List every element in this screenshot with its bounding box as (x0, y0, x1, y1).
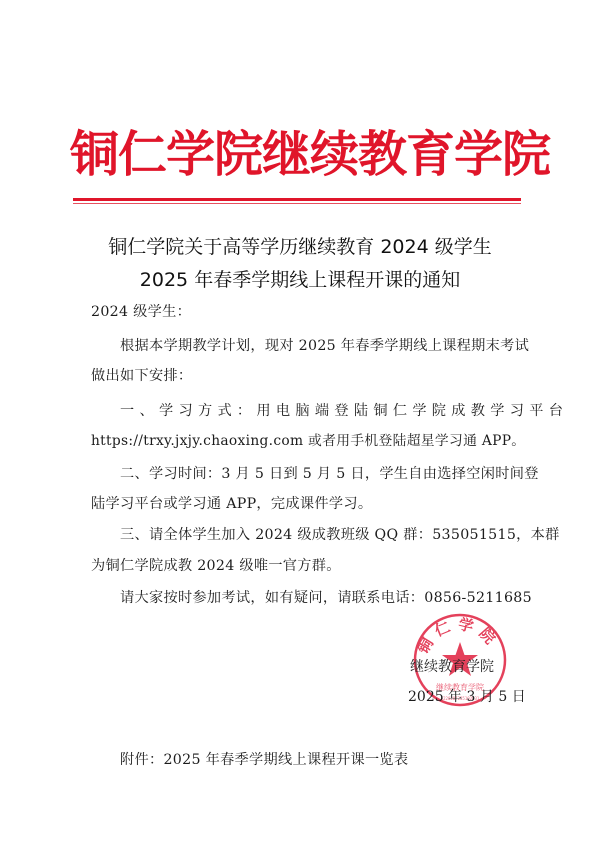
item1-line2: https://trxy.jxjy.chaoxing.com 或者用手机登陆超星… (91, 431, 525, 451)
item2-line2: 陆学习平台或学习通 APP，完成课件学习。 (91, 494, 372, 514)
item1-line1: 一、学习方式：用电脑端登陆铜仁学院成教学习平台 (120, 401, 568, 421)
issue-date: 2025 年 3 月 5 日 (408, 686, 526, 706)
salutation: 2024 级学生： (91, 302, 191, 322)
item3-line2: 为铜仁学院成教 2024 级唯一官方群。 (91, 556, 341, 576)
intro-line2: 做出如下安排： (91, 366, 192, 386)
contact-line: 请大家按时参加考试，如有疑问，请联系电话：0856-5211685 (120, 588, 532, 608)
issuer-name: 继续教育学院 (410, 656, 494, 676)
item2-line1: 二、学习时间：3 月 5 日到 5 月 5 日，学生自由选择空闲时间登 (120, 464, 539, 484)
letterhead-rule-thick (73, 198, 521, 201)
notice-title-line2: 2025 年春季学期线上课程开课的通知 (40, 265, 560, 292)
intro-line1: 根据本学期教学计划，现对 2025 年春季学期线上课程期末考试 (120, 336, 529, 356)
letterhead-title: 铜仁学院继续教育学院 (70, 124, 522, 184)
notice-title-line1: 铜仁学院关于高等学历继续教育 2024 级学生 (40, 232, 560, 259)
item3-line1: 三、请全体学生加入 2024 级成教班级 QQ 群：535051515，本群 (120, 525, 560, 545)
letterhead-rule-thin (73, 203, 521, 204)
attachment-note: 附件：2025 年春季学期线上课程开课一览表 (120, 750, 408, 770)
